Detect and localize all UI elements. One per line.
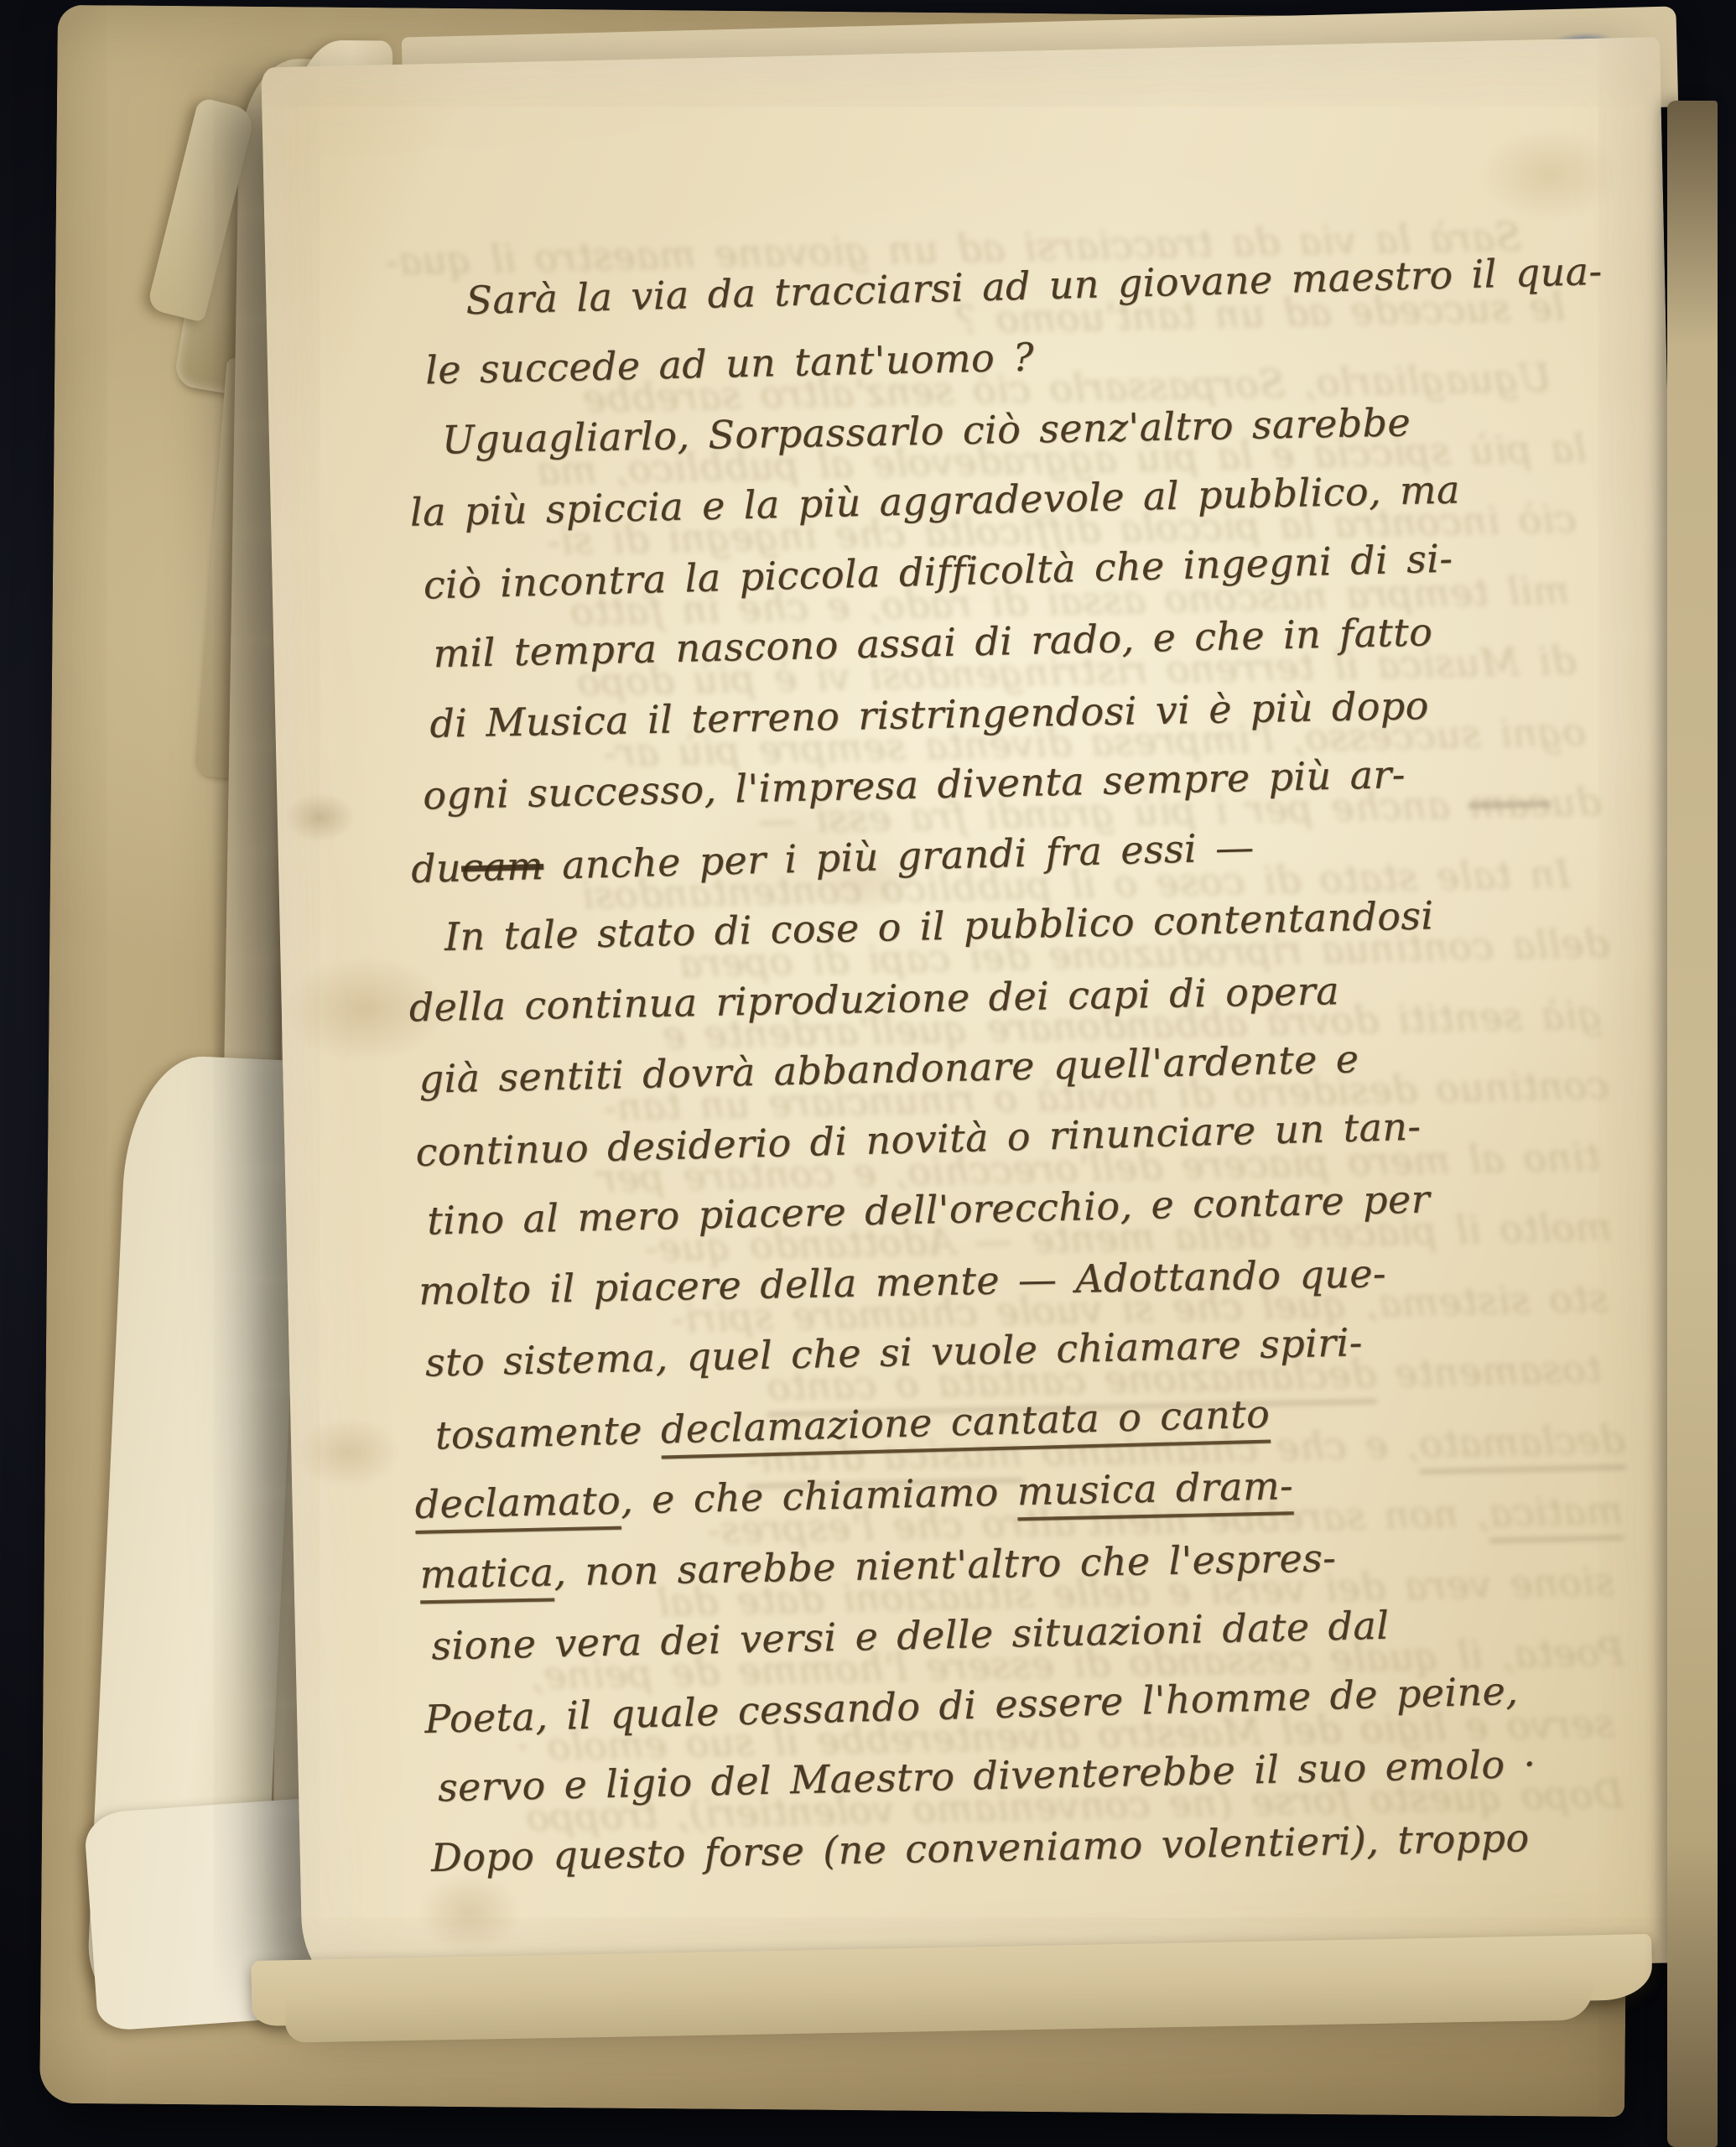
- handwritten-text: continuo desiderio di novità o rinunciar…: [415, 1104, 1422, 1175]
- handwritten-text: Dopo questo forse (ne conveniamo volenti…: [430, 1815, 1529, 1880]
- manuscript-page: Sarà la via da tracciarsi ad un giovane …: [261, 37, 1702, 1993]
- handwritten-text: le succede ad un tant'uomo ?: [425, 334, 1035, 392]
- handwritten-text: , e che chiamiamo: [620, 1469, 1017, 1522]
- handwritten-text: du: [410, 845, 461, 892]
- underlined-text: declamazione cantata o canto: [660, 1391, 1271, 1453]
- struck-text: cam: [460, 843, 543, 891]
- handwritten-text: sione vera dei versi e delle situazioni …: [431, 1602, 1390, 1668]
- handwritten-text: Poeta, il quale cessando di essere l'hom…: [424, 1668, 1519, 1742]
- handwritten-text: ogni successo, l'impresa diventa sempre …: [423, 751, 1406, 818]
- handwritten-text: servo e ligio del Maestro diventerebbe i…: [437, 1740, 1536, 1810]
- handwritten-text: tino al mero piacere dell'orecchio, e co…: [427, 1176, 1431, 1243]
- underlined-text: musica dram-: [1016, 1463, 1293, 1514]
- ink-layer: Sarà la via da tracciarsi ad un giovane …: [364, 237, 1657, 1895]
- handwritten-text: anche per i più grandi fra essi —: [543, 824, 1255, 888]
- underlined-text: matica: [419, 1549, 554, 1597]
- manuscript-photo: Sarà la via da tracciarsi ad un giovane …: [0, 0, 1736, 2147]
- handwritten-text: di Musica il terreno ristringendosi vi è…: [429, 683, 1429, 746]
- handwritten-text: ciò incontra la piccola difficoltà che i…: [423, 535, 1453, 607]
- handwritten-text: molto il piacere della mente — Adottando…: [418, 1250, 1387, 1313]
- handwritten-text: già sentiti dovrà abbandonare quell'arde…: [418, 1036, 1359, 1101]
- handwritten-text: mil tempra nascono assai di rado, e che …: [433, 609, 1433, 676]
- facing-page-edge: [1667, 101, 1718, 2147]
- handwritten-text: la più spiccia e la più aggradevole al p…: [409, 466, 1460, 534]
- handwritten-text: In tale stato di cose o il pubblico cont…: [444, 892, 1434, 959]
- handwritten-text: sto sistema, quel che si vuole chiamare …: [424, 1319, 1363, 1385]
- handwritten-text: tosamente: [434, 1407, 661, 1458]
- handwritten-text: , non sarebbe nient'altro che l'espres-: [554, 1535, 1337, 1594]
- handwritten-text: della continua riproduzione dei capi di …: [408, 968, 1339, 1030]
- underlined-text: declamato: [414, 1477, 621, 1526]
- handwritten-text: Uguagliarlo, Sorpassarlo ciò senz'altro …: [442, 399, 1411, 462]
